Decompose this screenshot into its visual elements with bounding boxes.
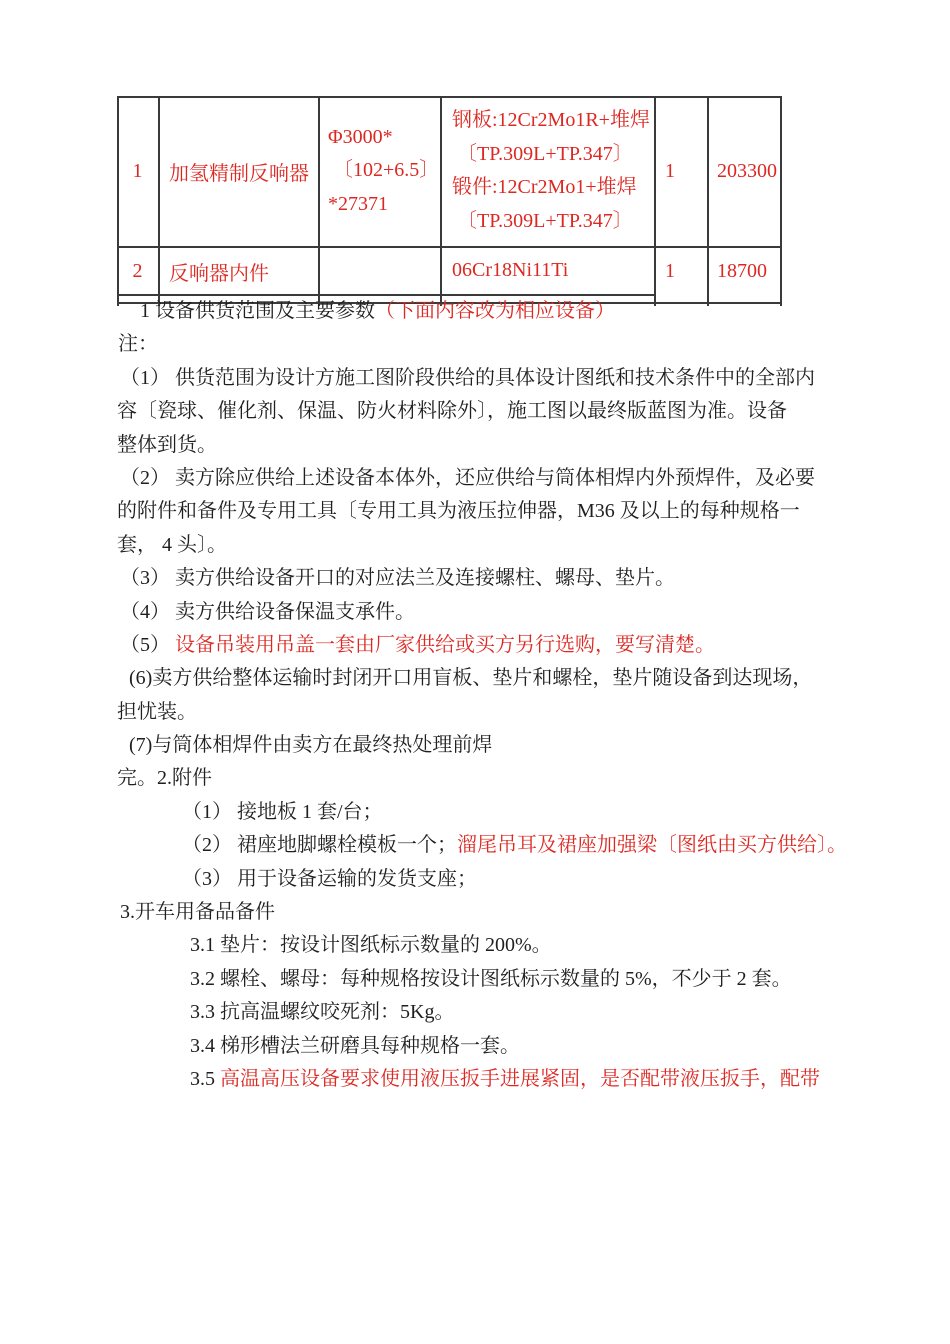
table-cell-line: Φ3000* (328, 121, 446, 155)
text-segment: 完。2.附件 (117, 767, 212, 789)
text-segment: （1） 供货范围为设计方施工图阶段供给的具体设计图纸和技术条件中的全部内 (120, 367, 815, 389)
table-cell-text: 1 (665, 260, 714, 283)
text-line-14: (7)与筒体相焊件由卖方在最终热处理前焊 (0, 729, 950, 762)
text-segment: (6)卖方供给整体运输时封闭开口用盲板、垫片和螺栓，垫片随设备到达现场， (129, 667, 812, 689)
table-cell-qty-row2: 1 (656, 246, 714, 296)
text-line-8: 套， 4 头〕。 (0, 529, 950, 562)
text-line-11: （5） 设备吊装用吊盖一套由厂家供给或买方另行选购，要写清楚。 (0, 629, 950, 662)
table-cell-text: 203300 (717, 160, 788, 183)
text-line-2: 注： (0, 328, 950, 361)
table-cell-text: 1 (133, 160, 143, 183)
text-segment: 溜尾吊耳及裙座加强梁〔图纸由买方供给〕。 (457, 834, 847, 856)
text-segment: 3.1 垫片：按设计图纸标示数量的 200%。 (190, 934, 552, 956)
table-cell-line: 〔TP.309L+TP.347〕 (452, 138, 662, 172)
text-line-19: 3.开车用备品备件 (0, 896, 950, 929)
table-cell-weight-row1: 203300 (709, 96, 788, 246)
equipment-spec-table: 1加氢精制反响器Φ3000*〔102+6.5〕*27371钢板:12Cr2Mo1… (117, 96, 782, 306)
text-segment: 高温高压设备要求使用液压扳手进展紧固，是否配带液压扳手，配带 (220, 1068, 820, 1090)
document-body-text: 1 设备供货范围及主要参数（下面内容改为相应设备）注：（1） 供货范围为设计方施… (0, 295, 950, 1096)
text-segment: （5） (120, 634, 175, 656)
table-cell-line: 〔TP.309L+TP.347〕 (452, 205, 662, 239)
text-line-10: （4） 卖方供给设备保温支承件。 (0, 596, 950, 629)
text-segment: 3.5 (190, 1068, 220, 1090)
table-cell-text: 18700 (717, 260, 788, 283)
text-segment: （3） 卖方供给设备开口的对应法兰及连接螺柱、螺母、垫片。 (120, 567, 675, 589)
text-line-13: 担忧装。 (0, 696, 950, 729)
text-line-1: 1 设备供货范围及主要参数（下面内容改为相应设备） (0, 295, 950, 328)
text-line-21: 3.2 螺栓、螺母：每种规格按设计图纸标示数量的 5%，不少于 2 套。 (0, 963, 950, 996)
text-segment: 3.2 螺栓、螺母：每种规格按设计图纸标示数量的 5%，不少于 2 套。 (190, 968, 792, 990)
table-cell-name-row2: 反响器内件 (160, 246, 325, 296)
text-line-20: 3.1 垫片：按设计图纸标示数量的 200%。 (0, 929, 950, 962)
text-line-17: （2） 裙座地脚螺栓模板一个；溜尾吊耳及裙座加强梁〔图纸由买方供给〕。 (0, 829, 950, 862)
text-segment: 1 设备供货范围及主要参数 (140, 300, 375, 322)
text-line-15: 完。2.附件 (0, 762, 950, 795)
text-segment: 担忧装。 (117, 701, 197, 723)
text-line-3: （1） 供货范围为设计方施工图阶段供给的具体设计图纸和技术条件中的全部内 (0, 362, 950, 395)
text-line-16: （1） 接地板 1 套/台； (0, 796, 950, 829)
table-cell-line: *27371 (328, 188, 446, 222)
text-segment: （3） 用于设备运输的发货支座； (182, 868, 477, 890)
table-cell-line: 钢板:12Cr2Mo1R+堆焊 (452, 104, 662, 138)
text-segment: 套， 4 头〕。 (117, 534, 227, 556)
text-segment: 整体到货。 (117, 434, 217, 456)
table-cell-line: 锻件:12Cr2Mo1+堆焊 (452, 171, 662, 205)
table-cell-weight-row2: 18700 (709, 246, 788, 296)
table-cell-qty-row1: 1 (656, 96, 714, 246)
text-segment: (7)与筒体相焊件由卖方在最终热处理前焊 (129, 734, 492, 756)
text-line-18: （3） 用于设备运输的发货支座； (0, 863, 950, 896)
table-cell-material-row1: 钢板:12Cr2Mo1R+堆焊〔TP.309L+TP.347〕锻件:12Cr2M… (442, 96, 662, 246)
table-cell-material-row2: 06Cr18Ni11Ti (442, 246, 662, 296)
table-cell-no-row1: 1 (119, 96, 156, 246)
text-segment: （2） 裙座地脚螺栓模板一个； (182, 834, 457, 856)
text-segment: 3.3 抗高温螺纹咬死剂：5Kg。 (190, 1001, 454, 1023)
text-segment: （2） 卖方除应供给上述设备本体外，还应供给与筒体相焊内外预焊件，及必要 (120, 467, 815, 489)
text-segment: （下面内容改为相应设备） (375, 300, 615, 322)
table-cell-line: 〔102+6.5〕 (328, 154, 446, 188)
text-line-22: 3.3 抗高温螺纹咬死剂：5Kg。 (0, 996, 950, 1029)
text-segment: 设备吊装用吊盖一套由厂家供给或买方另行选购，要写清楚。 (175, 634, 715, 656)
text-segment: 3.开车用备品备件 (120, 901, 275, 923)
table-cell-text: 2 (133, 260, 143, 283)
text-line-24: 3.5 高温高压设备要求使用液压扳手进展紧固，是否配带液压扳手，配带 (0, 1063, 950, 1096)
table-cell-text: 反响器内件 (169, 257, 325, 286)
table-cell-text: 加氢精制反响器 (169, 157, 325, 186)
text-line-5: 整体到货。 (0, 429, 950, 462)
text-line-4: 容〔瓷球、催化剂、保温、防火材料除外〕，施工图以最终版蓝图为准。设备 (0, 395, 950, 428)
text-segment: 的附件和备件及专用工具〔专用工具为液压拉伸器，M36 及以上的每种规格一 (117, 500, 800, 522)
table-cell-no-row2: 2 (119, 246, 156, 296)
document-page: 1加氢精制反响器Φ3000*〔102+6.5〕*27371钢板:12Cr2Mo1… (0, 0, 950, 1344)
text-segment: （4） 卖方供给设备保温支承件。 (120, 601, 415, 623)
text-line-6: （2） 卖方除应供给上述设备本体外，还应供给与筒体相焊内外预焊件，及必要 (0, 462, 950, 495)
table-cell-dims-row1: Φ3000*〔102+6.5〕*27371 (320, 96, 446, 246)
table-cell-text: 1 (665, 160, 714, 183)
table-cell-dims-row2 (320, 246, 446, 296)
text-segment: （1） 接地板 1 套/台； (182, 801, 383, 823)
text-segment: 容〔瓷球、催化剂、保温、防火材料除外〕，施工图以最终版蓝图为准。设备 (117, 400, 787, 422)
table-cell-name-row1: 加氢精制反响器 (160, 96, 325, 246)
text-line-23: 3.4 梯形槽法兰研磨具每种规格一套。 (0, 1030, 950, 1063)
text-segment: 注： (118, 333, 158, 355)
table-cell-line: 06Cr18Ni11Ti (452, 254, 662, 288)
text-line-9: （3） 卖方供给设备开口的对应法兰及连接螺柱、螺母、垫片。 (0, 562, 950, 595)
text-line-12: (6)卖方供给整体运输时封闭开口用盲板、垫片和螺栓，垫片随设备到达现场， (0, 662, 950, 695)
text-segment: 3.4 梯形槽法兰研磨具每种规格一套。 (190, 1035, 520, 1057)
text-line-7: 的附件和备件及专用工具〔专用工具为液压拉伸器，M36 及以上的每种规格一 (0, 495, 950, 528)
